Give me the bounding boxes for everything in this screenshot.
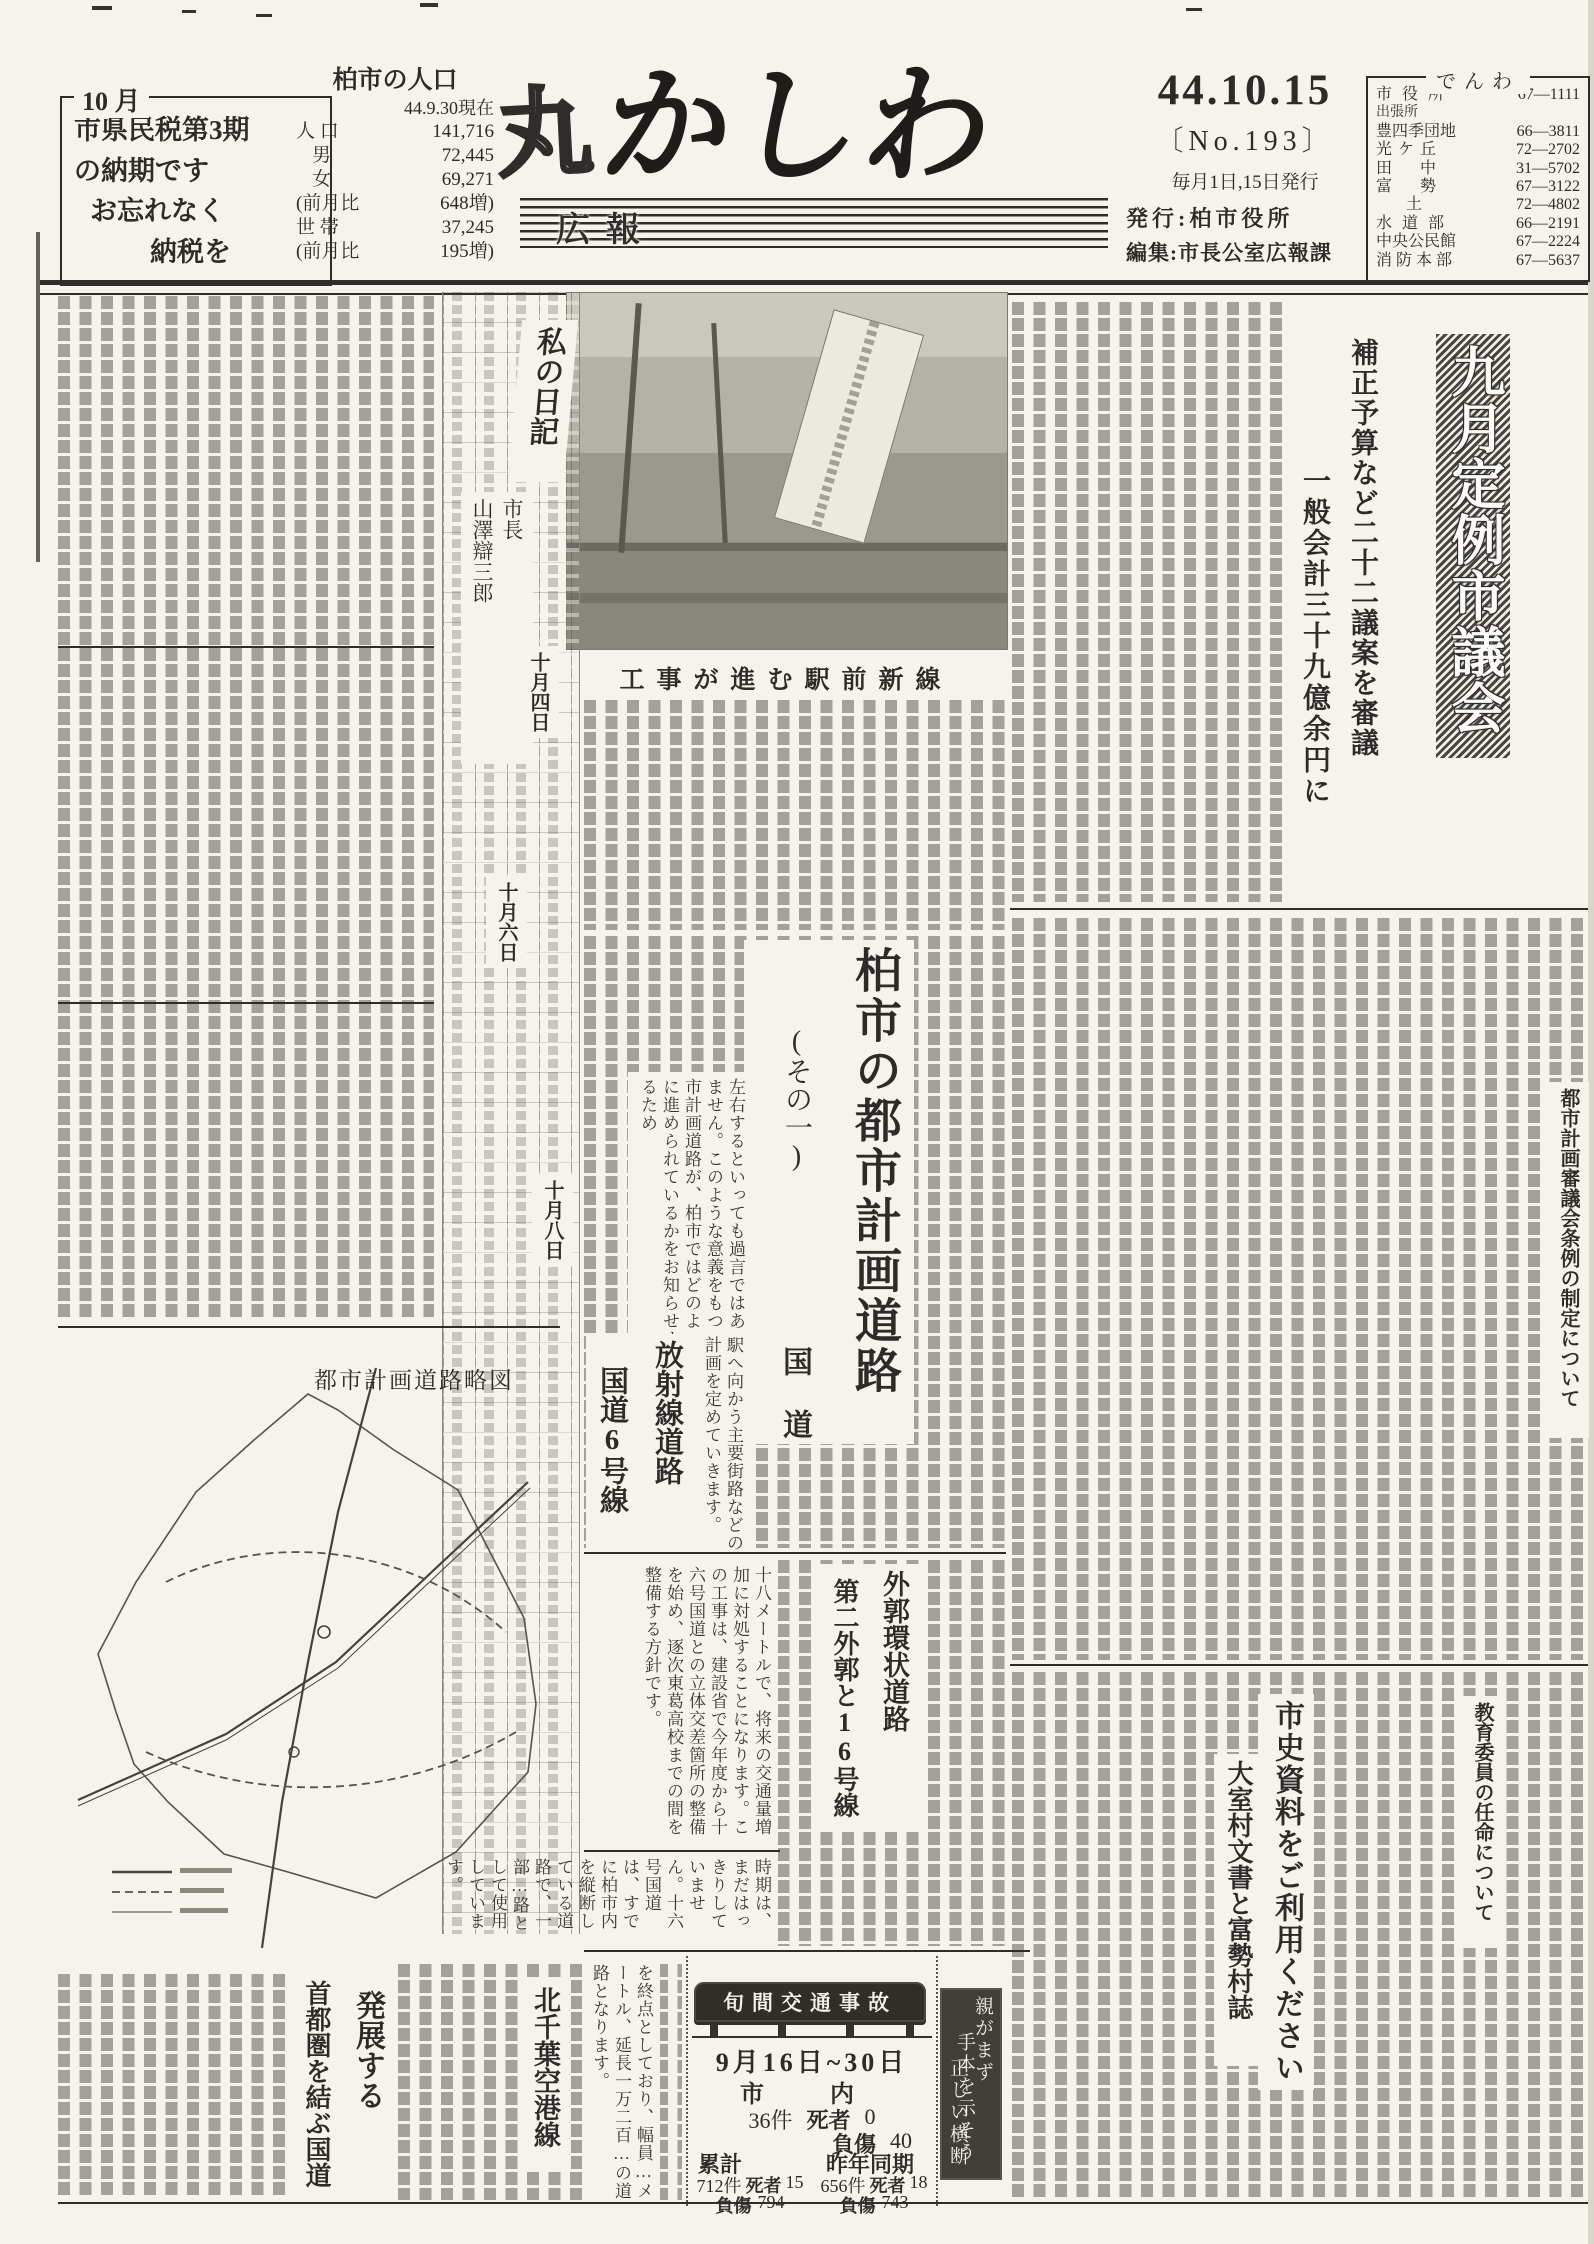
road-article-intro-text: 左右するといっても過言ではありません。このような意義をもつ都市計画道路が、柏市で…: [634, 1078, 746, 1354]
tax-notice-line: 納税を: [150, 232, 318, 273]
tax-notice-title: 10 月: [74, 81, 149, 118]
population-value: 141,716: [432, 120, 494, 144]
phone-box: でんわ 市役所67―1111 出張所 豊四季団地66―3811 光ケ丘72―27…: [1366, 76, 1590, 282]
bottom-band-rule: [584, 1950, 1030, 1952]
history-article-headline: 市史資料をご利用ください: [1264, 1700, 1308, 2084]
map-route6-road: [78, 1482, 528, 1800]
subhead-radial-line1: 放射線道路: [647, 1340, 688, 1556]
banner-base: [692, 2036, 932, 2038]
map-route6-road-edge: [78, 1488, 530, 1806]
issue-block: 44.10.15 〔No.193〕 毎月1日,15日発行 発行:柏市役所 編集:…: [1126, 66, 1364, 267]
population-value: 195増): [440, 240, 494, 264]
phone-box-title: でんわ: [1426, 65, 1530, 94]
phone-name: 中央公民館: [1376, 233, 1456, 251]
construction-photo: [566, 292, 1008, 650]
left-text-columns: [58, 296, 434, 1320]
phone-name: 土: [1376, 196, 1422, 214]
subhead-radial-line2: 国道6号線: [592, 1366, 633, 1556]
history-article-subhead: 大室村文書と富勢村誌: [1220, 1760, 1257, 2060]
phone-number: 67―3122: [1516, 178, 1580, 196]
phone-name: 田中: [1376, 160, 1464, 178]
section-rule: [1010, 908, 1588, 910]
section-rule: [58, 1002, 434, 1004]
photo-pole: [711, 323, 728, 543]
tax-notice-line: の納期です: [74, 151, 318, 192]
city-emblem: 丸: [495, 84, 596, 185]
issue-number: 〔No.193〕: [1126, 119, 1364, 159]
map-city-boundary: [98, 1394, 536, 1898]
phone-number: 66―2191: [1516, 215, 1580, 233]
reg-mark: [256, 14, 272, 17]
slogan-line-3: 正しい横断: [944, 2058, 971, 2168]
banner-leg: [846, 2024, 854, 2036]
tax-notice-box: 10 月 市県民税第3期 の納期です お忘れなく 納税を: [60, 96, 332, 286]
population-value: 72,445: [442, 144, 494, 168]
map-legend-label-mark: [180, 1868, 232, 1873]
scan-edge-shadow: [1588, 0, 1594, 2244]
subhead-kitachiba-airport-line: 北千葉空港線: [526, 1986, 565, 2166]
road-article-timing-text: 時期は、まだはっきりしていません。十六号国道は、すでに柏市内を縦断している道路で…: [588, 1858, 772, 1944]
subhead-developing-line2: 首都圏を結ぶ国道: [298, 1980, 335, 2212]
subhead-developing-line1: 発展する: [345, 1990, 389, 2212]
road-article-topic: 国 道: [772, 1346, 816, 1466]
banner-leg: [906, 2024, 914, 2036]
diary-author: 市長 山澤辯三郎: [467, 498, 527, 758]
banner-leg: [710, 2024, 718, 2036]
airport-article-text: を終点としており、幅員…メートル、延長一万二百…の道路となります。: [592, 1964, 654, 2200]
photo-rail: [567, 543, 1007, 551]
traffic-prev-injured: 743: [882, 2192, 909, 2218]
phone-number: 67―2224: [1516, 233, 1580, 251]
traffic-cum-injured-row: 負傷 794: [688, 2192, 812, 2218]
traffic-prev-injured-row: 負傷 743: [812, 2192, 936, 2218]
reg-mark: [182, 10, 196, 13]
route16-text: 十六号国道は、すでに柏市内を縦断している道路で、一部…路として使用しています。: [444, 1858, 683, 1932]
phone-name: 富勢: [1376, 178, 1464, 196]
traffic-report-box: 旬間交通事故 9月16日~30日 市 内 36件 死者 0 負傷 40 累計 昨…: [686, 1956, 938, 2206]
lead-deck-2: 一般会計三十九億余円に: [1294, 466, 1334, 810]
population-label: (前月比: [296, 240, 359, 264]
lead-deck-1: 補正予算など二十二議案を審議: [1342, 338, 1382, 762]
map-ring-road-dashed: [166, 1552, 506, 1632]
subhead-developing-capital-region: 発展する 首都圏を結ぶ国道: [298, 1980, 389, 2212]
issue-date: 44.10.15: [1126, 66, 1364, 115]
population-label: (前月比: [296, 192, 359, 216]
road-article-bypass-text: 十八メートルで、将来の交通量増加に対処することになります。この工事は、建設省で今…: [588, 1566, 772, 1844]
phone-name: 光ケ丘: [1376, 141, 1442, 159]
tax-notice-line: お忘れなく: [90, 191, 318, 232]
diary-date: 十月八日: [538, 1180, 567, 1260]
subhead-outer-ring-line2: 第二外郭と16号線: [826, 1578, 863, 1826]
reg-mark: [1186, 8, 1202, 11]
lead-article-text-columns: [1012, 302, 1284, 902]
reg-mark: [92, 6, 112, 10]
subhead-outer-ring: 外郭環状道路 第二外郭と16号線: [826, 1570, 914, 1826]
diary-date: 十月六日: [492, 882, 521, 962]
phone-number: 67―5637: [1516, 252, 1580, 270]
highway-article-text-columns: [58, 1974, 294, 2198]
section-rule: [584, 1552, 1006, 1554]
issue-editor: 編集:市長公室広報課: [1126, 237, 1364, 267]
section-rule: [58, 646, 434, 648]
traffic-banner-label: 旬間交通事故: [723, 1987, 897, 2017]
diary-date: 十月四日: [524, 652, 553, 732]
lead-headline: 九月定例市議会: [1436, 344, 1513, 736]
phone-name: 消防本部: [1376, 252, 1456, 270]
subhead-outer-ring-line1: 外郭環状道路: [875, 1570, 914, 1826]
road-article-radial-text: 駅へ向かう主要街路などの計画を定めていきます。: [692, 1336, 744, 1556]
map-top-rule: [58, 1326, 560, 1328]
road-article-headline: 柏市の都市計画道路: [841, 946, 908, 1438]
header-rule-thick: [40, 280, 1588, 285]
section-rule: [584, 1850, 780, 1852]
photo-pole: [618, 303, 641, 553]
phone-number: 66―3811: [1517, 123, 1580, 141]
diary-author-role: 市長: [497, 498, 527, 740]
phone-number: 72―2702: [1516, 141, 1580, 159]
phone-name: 水道部: [1376, 215, 1454, 233]
bottom-rule: [58, 2202, 1588, 2204]
section-head-board-of-education: 教育委員の任命について: [1468, 1702, 1497, 1942]
banner-leg: [778, 2024, 786, 2036]
population-label: 男: [312, 144, 331, 168]
map-legend-label-mark: [180, 1908, 228, 1913]
road-article-text-columns: [584, 700, 1006, 930]
road-article-headline-block: 柏市の都市計画道路 (その一) 国 道: [750, 946, 908, 1438]
population-value: 37,245: [442, 216, 494, 240]
masthead-title: かしわ: [592, 44, 1005, 210]
photo-rail: [567, 593, 1007, 603]
newspaper-page: 10 月 市県民税第3期 の納期です お忘れなく 納税を 柏市の人口 44.9.…: [0, 0, 1594, 2244]
bypass-text-1: 十八メートルで、将来の交通量増加に対処することになります。: [730, 1566, 771, 1836]
issue-frequency: 毎月1日,15日発行: [1126, 167, 1364, 194]
map-title: 都市計画道路略図: [314, 1368, 514, 1393]
phone-number: 72―4802: [1516, 196, 1580, 214]
traffic-prev-injured-label: 負傷: [840, 2192, 876, 2218]
map-legend-label-mark: [180, 1888, 224, 1893]
map-ring-road-dashed: [146, 1732, 516, 1787]
subhead-radial-roads: 放射線道路 国道6号線: [592, 1340, 688, 1556]
photo-caption: 工事が進む駅前新線: [566, 660, 1006, 696]
diary-author-name: 山澤辯三郎: [467, 498, 497, 758]
photo-signboard: [774, 309, 924, 544]
map-route16-road: [262, 1368, 376, 1948]
population-box: 柏市の人口 44.9.30現在 人 口141,716 男72,445 女69,2…: [296, 60, 494, 264]
phone-name: 出張所: [1376, 104, 1418, 122]
traffic-cum-injured: 794: [758, 2192, 785, 2218]
population-label: 人 口: [296, 120, 339, 144]
reg-mark: [420, 3, 438, 7]
phone-name: 豊四季団地: [1376, 123, 1456, 141]
section-head-city-planning-ordinance: 都市計画審議会条例の制定について: [1554, 1088, 1583, 1432]
population-asof: 44.9.30現在: [296, 96, 494, 120]
issue-publisher: 発行:柏市役所: [1126, 202, 1364, 233]
map-junction: [318, 1626, 330, 1638]
safety-slogan-sign: 親がまず 手本を示そう 正しい横断: [940, 1988, 1002, 2180]
population-label: 世 帯: [296, 216, 339, 240]
traffic-banner: 旬間交通事故: [694, 1982, 926, 2022]
population-value: 648増): [440, 192, 494, 216]
road-article-part: (その一): [776, 1026, 816, 1286]
traffic-cum-injured-label: 負傷: [716, 2192, 752, 2218]
section-rule: [1010, 1664, 1588, 1666]
lead-article-text-columns: [1012, 918, 1588, 1660]
lead-headline-band: 九月定例市議会: [1436, 334, 1510, 758]
phone-number: 31―5702: [1516, 160, 1580, 178]
population-value: 69,271: [442, 168, 494, 192]
population-label: 女: [312, 168, 331, 192]
population-title: 柏市の人口: [296, 60, 494, 96]
